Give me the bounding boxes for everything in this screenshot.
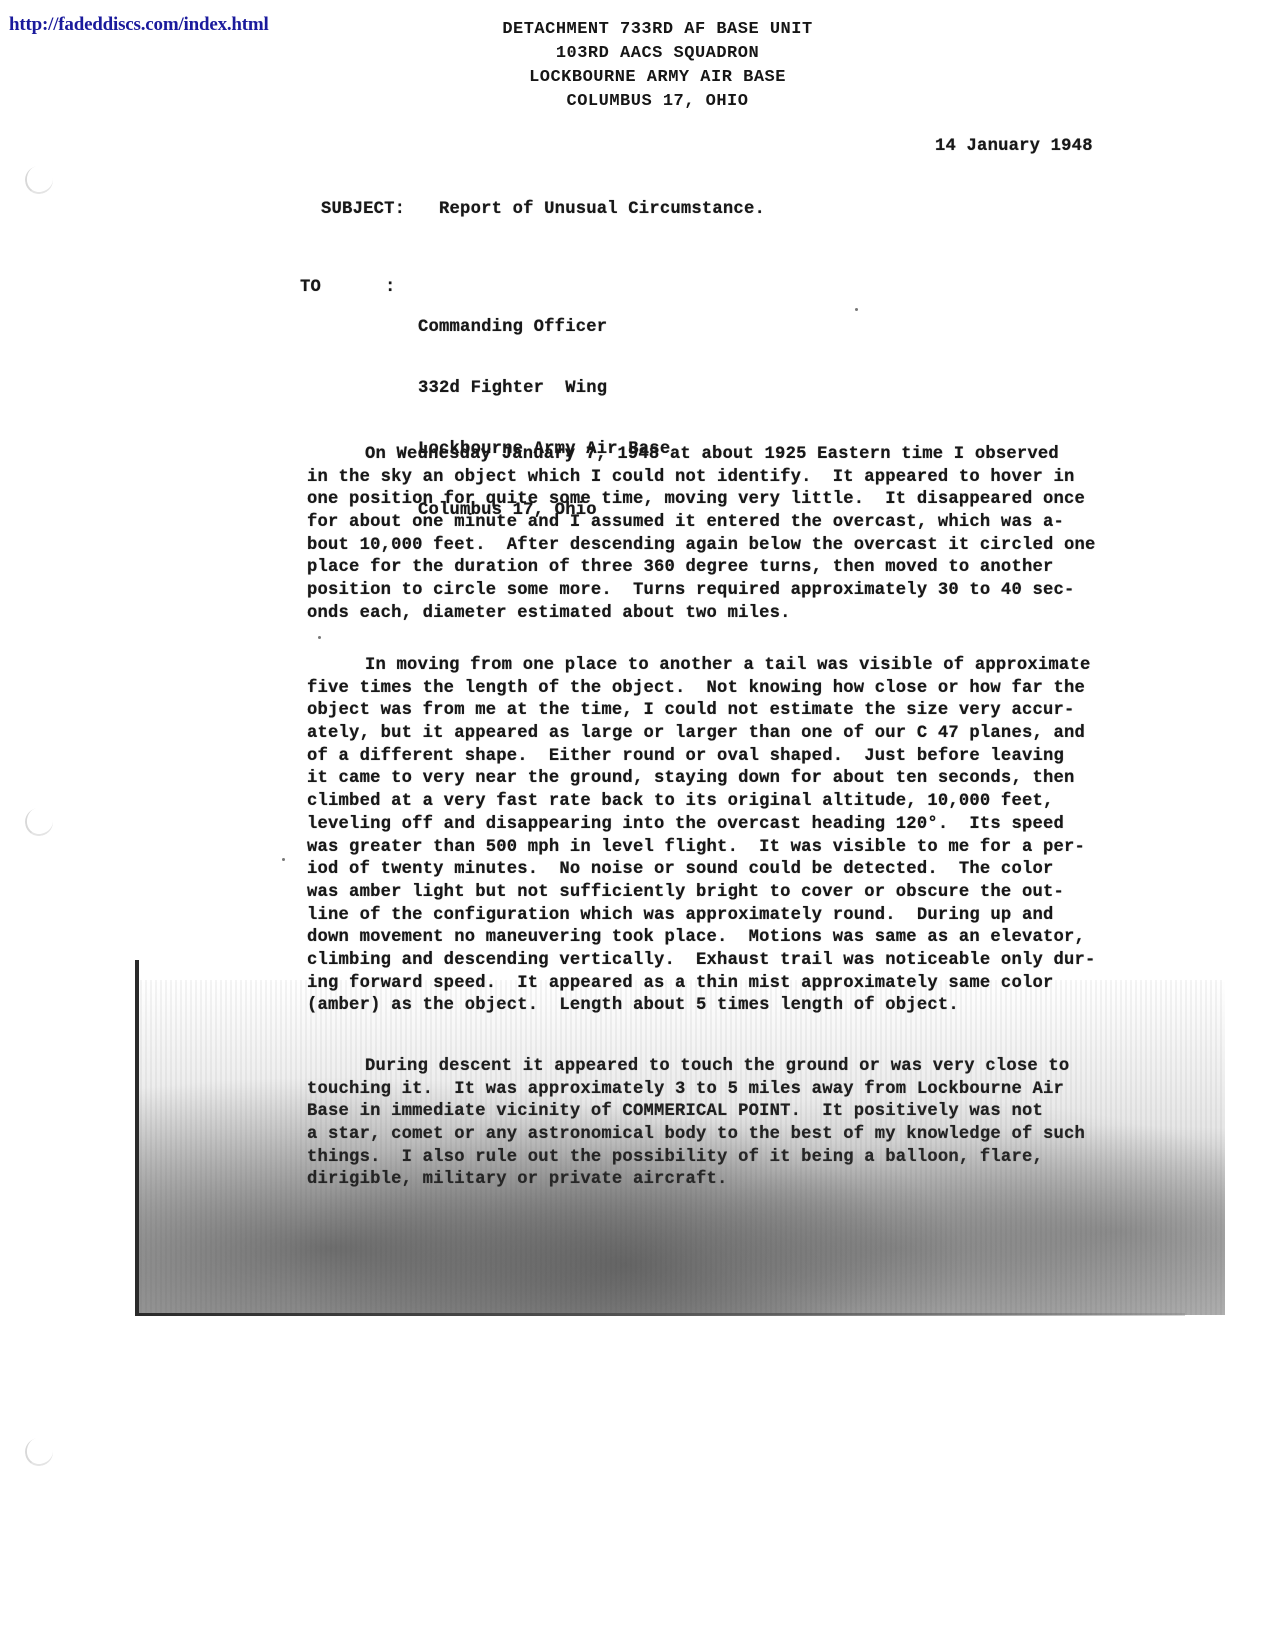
letterhead-unit: DETACHMENT 733RD AF BASE UNIT [0, 18, 1275, 42]
body-paragraph-1: On Wednesday January 7, 1948 at about 19… [307, 444, 1157, 626]
body-line: dirigible, military or private aircraft. [307, 1169, 1157, 1192]
body-line: was amber light but not sufficiently bri… [307, 882, 1157, 905]
binder-hole-mark [23, 164, 55, 196]
body-line: one position for quite some time, moving… [307, 489, 1157, 512]
body-line: leveling off and disappearing into the o… [307, 814, 1157, 837]
body-line: ing forward speed. It appeared as a thin… [307, 973, 1157, 996]
address-line: Commanding Officer [418, 316, 670, 339]
subject-line: SUBJECT:Report of Unusual Circumstance. [300, 181, 765, 219]
scan-edge [135, 1313, 1185, 1316]
to-colon: : [385, 278, 396, 297]
body-line: in the sky an object which I could not i… [307, 467, 1157, 490]
scan-speck [855, 308, 858, 311]
body-line: (amber) as the object. Length about 5 ti… [307, 995, 1157, 1018]
body-line: In moving from one place to another a ta… [307, 655, 1157, 678]
subject-text: Report of Unusual Circumstance. [439, 200, 765, 219]
body-line: position to circle some more. Turns requ… [307, 580, 1157, 603]
letter-date: 14 January 1948 [935, 137, 1093, 156]
scan-speck [318, 636, 321, 639]
letterhead-squadron: 103RD AACS SQUADRON [0, 42, 1275, 66]
body-line: was greater than 500 mph in level flight… [307, 837, 1157, 860]
body-line: touching it. It was approximately 3 to 5… [307, 1079, 1157, 1102]
body-line: a star, comet or any astronomical body t… [307, 1124, 1157, 1147]
body-line: five times the length of the object. Not… [307, 678, 1157, 701]
binder-hole-mark [23, 1436, 55, 1468]
binder-hole-mark [23, 806, 55, 838]
body-line: climbed at a very fast rate back to its … [307, 791, 1157, 814]
body-line: climbing and descending vertically. Exha… [307, 950, 1157, 973]
body-line: down movement no maneuvering took place.… [307, 927, 1157, 950]
body-line: line of the configuration which was appr… [307, 905, 1157, 928]
letterhead-base: LOCKBOURNE ARMY AIR BASE [0, 66, 1275, 90]
letterhead: DETACHMENT 733RD AF BASE UNIT 103RD AACS… [0, 18, 1275, 114]
scan-edge [135, 960, 139, 1315]
body-line: onds each, diameter estimated about two … [307, 603, 1157, 626]
scan-speck [282, 858, 285, 861]
subject-label: SUBJECT: [321, 200, 439, 219]
body-paragraph-2: In moving from one place to another a ta… [307, 655, 1157, 1018]
recipient-block: TO : Commanding Officer 332d Fighter Win… [300, 278, 321, 354]
body-line: On Wednesday January 7, 1948 at about 19… [307, 444, 1157, 467]
body-paragraph-3: During descent it appeared to touch the … [307, 1056, 1157, 1192]
body-line: Base in immediate vicinity of COMMERICAL… [307, 1101, 1157, 1124]
body-line: of a different shape. Either round or ov… [307, 746, 1157, 769]
body-line: for about one minute and I assumed it en… [307, 512, 1157, 535]
body-line: During descent it appeared to touch the … [307, 1056, 1157, 1079]
letterhead-city: COLUMBUS 17, OHIO [0, 90, 1275, 114]
body-line: ately, but it appeared as large or large… [307, 723, 1157, 746]
body-line: things. I also rule out the possibility … [307, 1147, 1157, 1170]
body-line: bout 10,000 feet. After descending again… [307, 535, 1157, 558]
body-line: iod of twenty minutes. No noise or sound… [307, 859, 1157, 882]
body-line: place for the duration of three 360 degr… [307, 557, 1157, 580]
address-line: 332d Fighter Wing [418, 377, 670, 400]
to-label: TO [300, 278, 321, 297]
body-line: object was from me at the time, I could … [307, 700, 1157, 723]
body-line: it came to very near the ground, staying… [307, 768, 1157, 791]
